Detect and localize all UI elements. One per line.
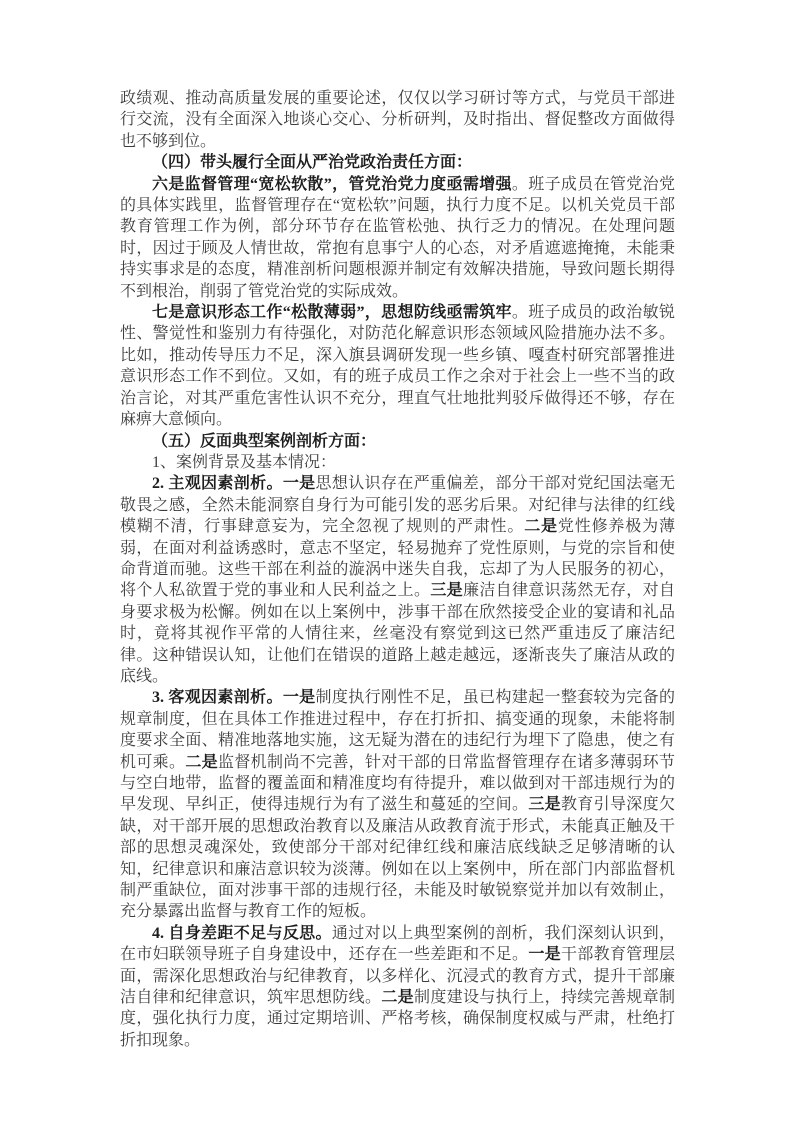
paragraph-item-6: 六是监督管理“宽松软散”，管党治党力度亟需增强。班子成员在管党治党的具体实践里，… <box>120 174 675 302</box>
text-run-bold: （四）带头履行全面从严治党政治责任方面： <box>152 154 472 171</box>
text-run: 。班子成员的政治敏锐性、警觉性和鉴别力有待强化，对防范化解意识形态领域风险措施办… <box>120 304 675 428</box>
text-run-bold: 二是 <box>381 989 414 1006</box>
document-text: 政绩观、推动高质量发展的重要论述，仅仅以学习研讨等方式，与党员干部进行交流，没有… <box>120 88 675 1051</box>
text-run-bold: 一是 <box>528 946 561 963</box>
paragraph-item-7: 七是意识形态工作“松散薄弱”，思想防线亟需筑牢。班子成员的政治敏锐性、警觉性和鉴… <box>120 302 675 430</box>
text-run: 。班子成员在管党治党的具体实践里，监督管理存在“宽松软”问题，执行力度不足。以机… <box>120 176 675 300</box>
text-run: 政绩观、推动高质量发展的重要论述，仅仅以学习研讨等方式，与党员干部进行交流，没有… <box>120 90 675 150</box>
text-run-bold: 4. 自身差距不足与反思。 <box>152 925 332 942</box>
text-run-bold: 3. 客观因素剖析。一是 <box>152 689 316 706</box>
text-run-bold: （五）反面典型案例剖析方面： <box>152 433 376 450</box>
paragraph-continuation: 政绩观、推动高质量发展的重要论述，仅仅以学习研讨等方式，与党员干部进行交流，没有… <box>120 88 675 152</box>
paragraph-subjective-analysis: 2. 主观因素剖析。一是思想认识存在严重偏差，部分干部对党纪国法毫无敬畏之感，全… <box>120 473 675 687</box>
text-run: 教育引导深度欠缺，对干部开展的思想政治教育以及廉洁从政教育流于形式，未能真正触及… <box>120 796 675 920</box>
text-run: 1、案例背景及基本情况： <box>152 454 336 471</box>
document-page: 政绩观、推动高质量发展的重要论述，仅仅以学习研讨等方式，与党员干部进行交流，没有… <box>0 0 793 1122</box>
text-run-bold: 七是意识形态工作“松散薄弱”，思想防线亟需筑牢 <box>152 304 512 321</box>
text-run-bold: 六是监督管理“宽松软散”，管党治党力度亟需增强 <box>152 176 512 193</box>
text-run-bold: 三是 <box>528 796 561 813</box>
heading-section-4: （四）带头履行全面从严治党政治责任方面： <box>120 152 675 173</box>
text-run-bold: 二是 <box>524 518 558 535</box>
text-run-bold: 三是 <box>430 582 463 599</box>
paragraph-objective-analysis: 3. 客观因素剖析。一是制度执行刚性不足，虽已构建起一整套较为完备的规章制度，但… <box>120 687 675 922</box>
heading-section-5: （五）反面典型案例剖析方面： <box>120 431 675 452</box>
paragraph-case-background: 1、案例背景及基本情况： <box>120 452 675 473</box>
paragraph-self-reflection: 4. 自身差距不足与反思。通过对以上典型案例的剖析，我们深刻认识到，在市妇联领导… <box>120 923 675 1051</box>
text-run-bold: 二是 <box>185 754 218 771</box>
text-run-bold: 2. 主观因素剖析。一是 <box>152 475 316 492</box>
